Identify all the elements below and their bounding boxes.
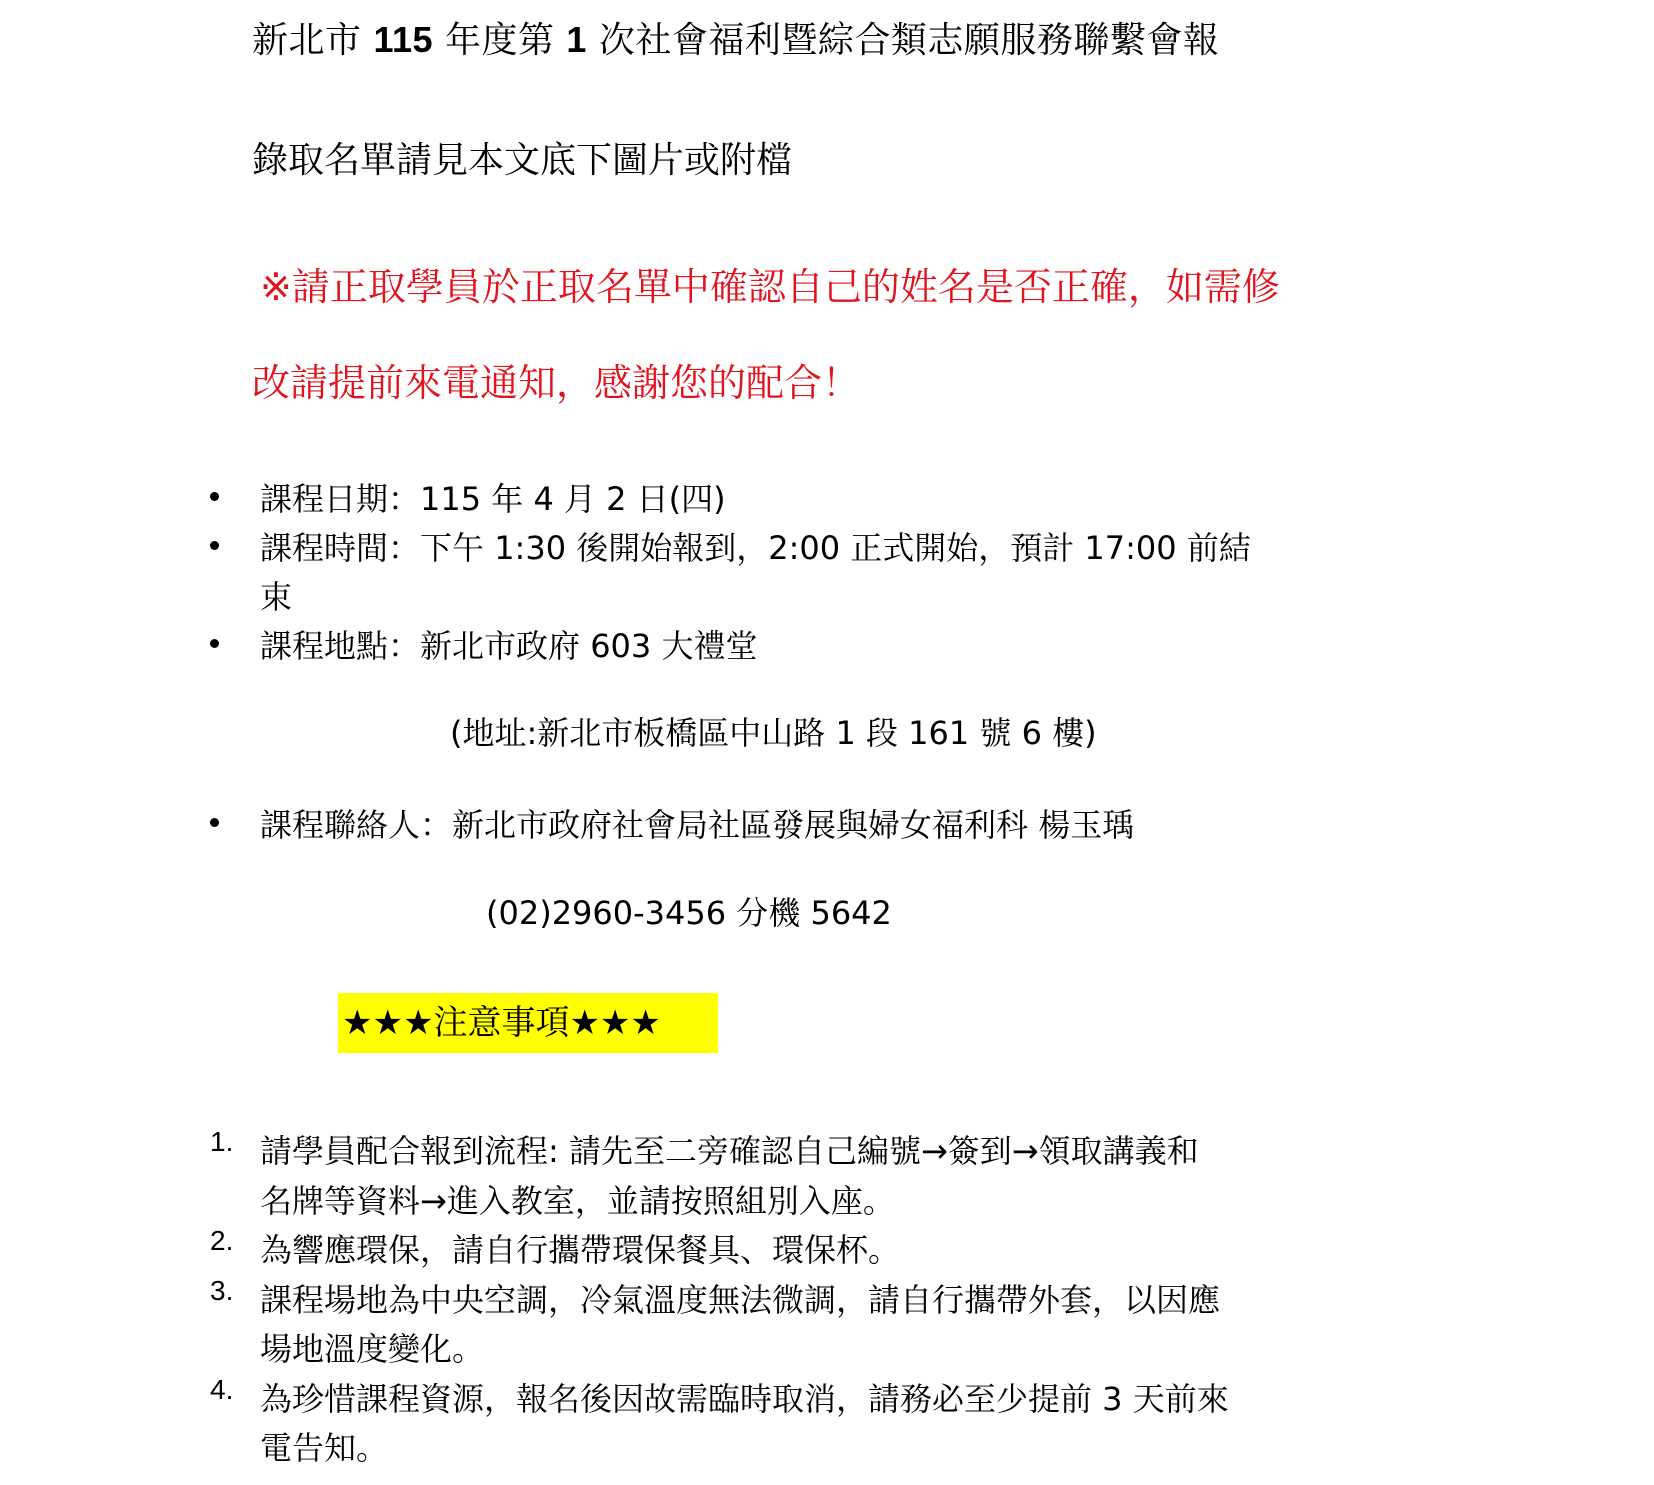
note-text: 課程場地為中央空調，冷氣溫度無法微調，請自行攜帶外套，以因應 bbox=[260, 1275, 1220, 1321]
detail-address: (地址:新北市板橋區中山路 1 段 161 號 6 樓) bbox=[450, 708, 1097, 754]
detail-label: 課程日期： bbox=[260, 480, 420, 518]
detail-value: 新北市政府 603 大禮堂 bbox=[420, 627, 757, 665]
note-text: 為珍惜課程資源，報名後因故需臨時取消，請務必至少提前 3 天前來 bbox=[260, 1374, 1229, 1420]
note-number: 2. bbox=[210, 1225, 233, 1257]
red-notice-line-2: 改請提前來電通知，感謝您的配合！ bbox=[252, 352, 860, 407]
detail-label: 課程時間： bbox=[260, 529, 420, 567]
detail-label: 課程聯絡人： bbox=[260, 806, 452, 844]
detail-label: 課程地點： bbox=[260, 627, 420, 665]
detail-value: 下午 1:30 後開始報到，2:00 正式開始，預計 17:00 前結 bbox=[420, 529, 1251, 567]
title-year: 115 bbox=[373, 19, 433, 60]
note-text-continuation: 名牌等資料→進入教室，並請按照組別入座。 bbox=[260, 1176, 895, 1222]
bullet-icon bbox=[210, 541, 219, 550]
detail-value: 115 年 4 月 2 日(四) bbox=[420, 480, 726, 518]
detail-time-continuation: 束 bbox=[260, 572, 292, 618]
document-title: 新北市 115 年度第 1 次社會福利暨綜合類志願服務聯繫會報 bbox=[252, 12, 1219, 63]
bullet-icon bbox=[210, 818, 219, 827]
notes-heading: ★★★注意事項★★★ bbox=[338, 993, 718, 1053]
title-session: 1 bbox=[566, 19, 587, 60]
detail-phone: (02)2960-3456 分機 5642 bbox=[486, 888, 892, 934]
bullet-icon bbox=[210, 492, 219, 501]
admission-list-note: 錄取名單請見本文底下圖片或附檔 bbox=[252, 132, 792, 183]
title-middle: 年度第 bbox=[433, 20, 566, 61]
note-text: 請學員配合報到流程: 請先至二旁確認自己編號→簽到→領取講義和 bbox=[260, 1126, 1199, 1172]
note-number: 3. bbox=[210, 1275, 233, 1307]
note-text: 為響應環保，請自行攜帶環保餐具、環保杯。 bbox=[260, 1225, 900, 1271]
detail-value: 新北市政府社會局社區發展與婦女福利科 楊玉瑀 bbox=[452, 806, 1134, 844]
bullet-icon bbox=[210, 639, 219, 648]
note-text-continuation: 場地溫度變化。 bbox=[260, 1324, 484, 1370]
title-prefix: 新北市 bbox=[252, 20, 373, 61]
note-number: 4. bbox=[210, 1374, 233, 1406]
note-text-continuation: 電告知。 bbox=[260, 1423, 388, 1469]
red-notice-line-1: ※請正取學員於正取名單中確認自己的姓名是否正確，如需修 bbox=[260, 256, 1280, 311]
note-number: 1. bbox=[210, 1126, 233, 1158]
title-suffix: 次社會福利暨綜合類志願服務聯繫會報 bbox=[587, 20, 1219, 61]
